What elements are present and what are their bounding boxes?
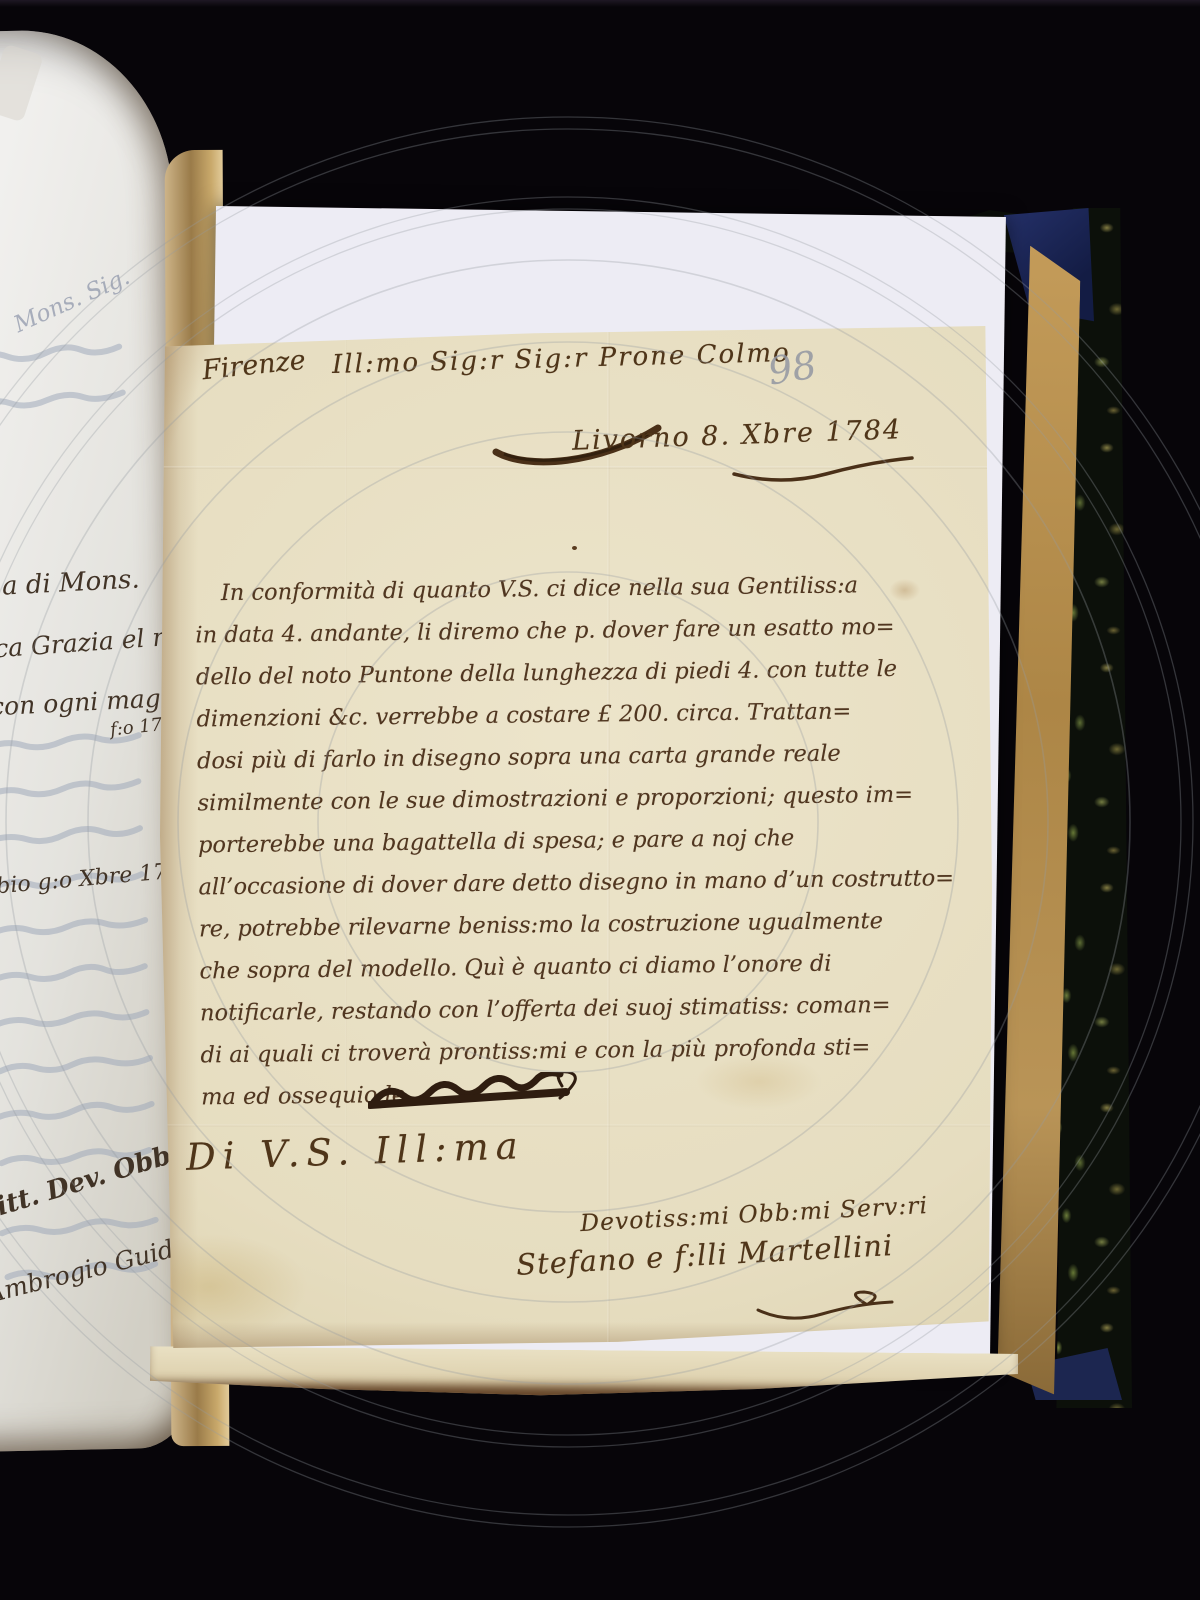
letter-closing: Di V.S. Ill:ma: [185, 1124, 525, 1179]
under-pages-browned-edge: [150, 1346, 1018, 1402]
signature-flourish: [750, 1286, 900, 1320]
letter-body-line: similmente con le sue dimostrazioni e pr…: [197, 774, 917, 825]
fold-crease: [160, 1124, 992, 1127]
archival-page-number: 98: [765, 342, 820, 393]
letter-body: In conformità di quanto V.S. ci dice nel…: [195, 564, 922, 1119]
ink-dot: [572, 546, 577, 550]
letter-body-line: di ai quali ci troverà prontiss:mi e con…: [200, 1026, 920, 1077]
signature-name-line: Stefano e f:lli Martellini: [515, 1228, 894, 1282]
manuscript-letter-page: Firenze Ill:mo Sig:r Sig:r Prone Colmo 9…: [160, 324, 992, 1348]
letter-place: Firenze: [201, 345, 308, 387]
dateline-underline-flourish: [728, 452, 918, 482]
letter-salutation: Ill:mo Sig:r Sig:r Prone Colmo: [332, 338, 791, 380]
photograph-of-bound-letter: Mons. Sig. a di Mons. ca Grazia el m con…: [0, 0, 1200, 1600]
crossed-out-word-scribble: [368, 1072, 598, 1114]
